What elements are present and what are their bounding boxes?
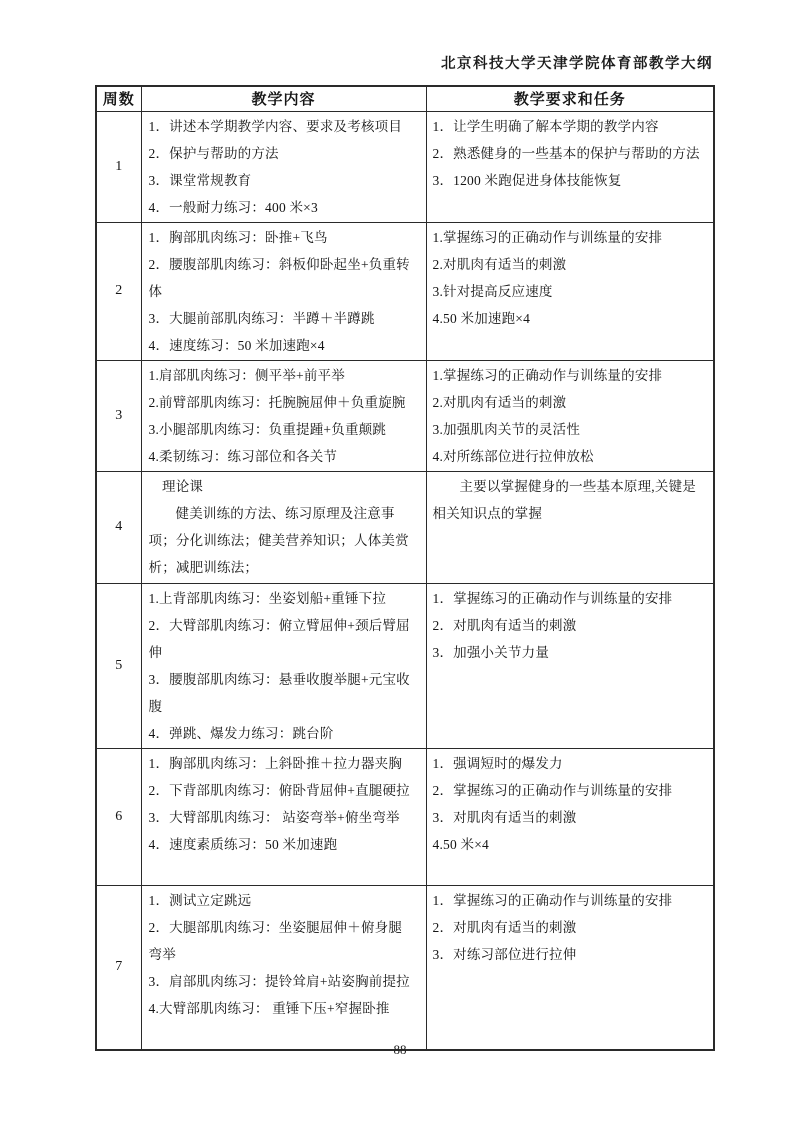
content-item: 健美训练的方法、练习原理及注意事项；分化训练法；健美营养知识；人体美赏析；减肥训…	[149, 500, 416, 581]
week-number: 7	[96, 885, 141, 1050]
week-number: 2	[96, 222, 141, 360]
content-item: 1．讲述本学期教学内容、要求及考核项目	[149, 113, 416, 140]
week-number: 3	[96, 360, 141, 471]
content-cell: 1．讲述本学期教学内容、要求及考核项目2．保护与帮助的方法3．课堂常规教育4．一…	[141, 111, 426, 222]
content-item: 3．大腿前部肌肉练习：半蹲＋半蹲跳	[149, 305, 416, 332]
requirement-item: 3．1200 米跑促进身体技能恢复	[433, 167, 708, 194]
content-item: 4．弹跳、爆发力练习：跳台阶	[149, 720, 416, 747]
req-cell: 1．强调短时的爆发力2．掌握练习的正确动作与训练量的安排3．对肌肉有适当的刺激4…	[426, 748, 714, 885]
requirement-item: 3．对练习部位进行拉伸	[433, 941, 708, 968]
content-item: 2.前臂部肌肉练习：托腕腕屈伸＋负重旋腕	[149, 389, 416, 416]
table-row: 51.上背部肌肉练习：坐姿划船+重锤下拉2．大臂部肌肉练习：俯立臂屈伸+颈后臂屈…	[96, 583, 714, 748]
week-number: 6	[96, 748, 141, 885]
requirement-item: 1.掌握练习的正确动作与训练量的安排	[433, 362, 708, 389]
content-item: 2．腰腹部肌肉练习：斜板仰卧起坐+负重转体	[149, 251, 416, 305]
content-item: 1．胸部肌肉练习：卧推+飞鸟	[149, 224, 416, 251]
syllabus-table: 周数 教学内容 教学要求和任务 11．讲述本学期教学内容、要求及考核项目2．保护…	[95, 85, 715, 1051]
content-item: 2．大臂部肌肉练习：俯立臂屈伸+颈后臂屈伸	[149, 612, 416, 666]
req-cell: 1.掌握练习的正确动作与训练量的安排2.对肌肉有适当的刺激3.加强肌肉关节的灵活…	[426, 360, 714, 471]
req-cell: 主要以掌握健身的一些基本原理,关键是相关知识点的掌握	[426, 471, 714, 583]
req-cell: 1.掌握练习的正确动作与训练量的安排2.对肌肉有适当的刺激3.针对提高反应速度4…	[426, 222, 714, 360]
table-header-row: 周数 教学内容 教学要求和任务	[96, 86, 714, 111]
requirement-item: 4.50 米×4	[433, 831, 708, 858]
content-item: 3．课堂常规教育	[149, 167, 416, 194]
requirement-item: 主要以掌握健身的一些基本原理,关键是相关知识点的掌握	[433, 473, 708, 527]
content-item: 2．下背部肌肉练习：俯卧背屈伸+直腿硬拉	[149, 777, 416, 804]
requirement-item: 4.50 米加速跑×4	[433, 305, 708, 332]
page-number: 88	[0, 1042, 800, 1058]
content-item: 理论课	[149, 473, 416, 500]
col-header-week: 周数	[96, 86, 141, 111]
content-cell: 1．胸部肌肉练习：上斜卧推＋拉力器夹胸2．下背部肌肉练习：俯卧背屈伸+直腿硬拉3…	[141, 748, 426, 885]
requirement-item: 2．对肌肉有适当的刺激	[433, 914, 708, 941]
col-header-requirements: 教学要求和任务	[426, 86, 714, 111]
table-row: 71．测试立定跳远2．大腿部肌肉练习：坐姿腿屈伸＋俯身腿弯举3．肩部肌肉练习：提…	[96, 885, 714, 1050]
table-row: 4理论课健美训练的方法、练习原理及注意事项；分化训练法；健美营养知识；人体美赏析…	[96, 471, 714, 583]
content-item: 1．测试立定跳远	[149, 887, 416, 914]
requirement-item: 1．掌握练习的正确动作与训练量的安排	[433, 887, 708, 914]
content-item: 4．速度练习：50 米加速跑×4	[149, 332, 416, 359]
content-item: 1.上背部肌肉练习：坐姿划船+重锤下拉	[149, 585, 416, 612]
requirement-item: 3．对肌肉有适当的刺激	[433, 804, 708, 831]
content-item: 4.柔韧练习：练习部位和各关节	[149, 443, 416, 470]
requirement-item: 1．让学生明确了解本学期的教学内容	[433, 113, 708, 140]
content-item: 4．速度素质练习：50 米加速跑	[149, 831, 416, 858]
req-cell: 1．掌握练习的正确动作与训练量的安排2．对肌肉有适当的刺激3．对练习部位进行拉伸	[426, 885, 714, 1050]
requirement-item: 3.针对提高反应速度	[433, 278, 708, 305]
content-item: 1.肩部肌肉练习：侧平举+前平举	[149, 362, 416, 389]
week-number: 4	[96, 471, 141, 583]
content-cell: 1.上背部肌肉练习：坐姿划船+重锤下拉2．大臂部肌肉练习：俯立臂屈伸+颈后臂屈伸…	[141, 583, 426, 748]
document-header-title: 北京科技大学天津学院体育部教学大纲	[441, 52, 713, 73]
content-item: 3．肩部肌肉练习：提铃耸肩+站姿胸前提拉	[149, 968, 416, 995]
content-cell: 1．胸部肌肉练习：卧推+飞鸟2．腰腹部肌肉练习：斜板仰卧起坐+负重转体3．大腿前…	[141, 222, 426, 360]
week-number: 1	[96, 111, 141, 222]
week-number: 5	[96, 583, 141, 748]
req-cell: 1．掌握练习的正确动作与训练量的安排2．对肌肉有适当的刺激3．加强小关节力量	[426, 583, 714, 748]
content-item: 3．大臂部肌肉练习： 站姿弯举+俯坐弯举	[149, 804, 416, 831]
content-item: 2．大腿部肌肉练习：坐姿腿屈伸＋俯身腿弯举	[149, 914, 416, 968]
content-cell: 1.肩部肌肉练习：侧平举+前平举2.前臂部肌肉练习：托腕腕屈伸＋负重旋腕3.小腿…	[141, 360, 426, 471]
table-row: 11．讲述本学期教学内容、要求及考核项目2．保护与帮助的方法3．课堂常规教育4．…	[96, 111, 714, 222]
table-row: 61．胸部肌肉练习：上斜卧推＋拉力器夹胸2．下背部肌肉练习：俯卧背屈伸+直腿硬拉…	[96, 748, 714, 885]
table-row: 21．胸部肌肉练习：卧推+飞鸟2．腰腹部肌肉练习：斜板仰卧起坐+负重转体3．大腿…	[96, 222, 714, 360]
content-item: 3．腰腹部肌肉练习：悬垂收腹举腿+元宝收腹	[149, 666, 416, 720]
requirement-item: 2．掌握练习的正确动作与训练量的安排	[433, 777, 708, 804]
requirement-item: 2．对肌肉有适当的刺激	[433, 612, 708, 639]
col-header-teaching-content: 教学内容	[141, 86, 426, 111]
requirement-item: 2.对肌肉有适当的刺激	[433, 389, 708, 416]
requirement-item: 1．强调短时的爆发力	[433, 750, 708, 777]
content-item: 3.小腿部肌肉练习：负重提踵+负重颠跳	[149, 416, 416, 443]
table-header: 周数 教学内容 教学要求和任务	[96, 86, 714, 111]
requirement-item: 3.加强肌肉关节的灵活性	[433, 416, 708, 443]
content-item: 4.大臂部肌肉练习： 重锤下压+窄握卧推	[149, 995, 416, 1022]
requirement-item: 2.对肌肉有适当的刺激	[433, 251, 708, 278]
content-item: 4．一般耐力练习：400 米×3	[149, 194, 416, 221]
content-item: 2．保护与帮助的方法	[149, 140, 416, 167]
requirement-item: 3．加强小关节力量	[433, 639, 708, 666]
requirement-item: 1．掌握练习的正确动作与训练量的安排	[433, 585, 708, 612]
requirement-item: 1.掌握练习的正确动作与训练量的安排	[433, 224, 708, 251]
content-item: 1．胸部肌肉练习：上斜卧推＋拉力器夹胸	[149, 750, 416, 777]
table-row: 31.肩部肌肉练习：侧平举+前平举2.前臂部肌肉练习：托腕腕屈伸＋负重旋腕3.小…	[96, 360, 714, 471]
req-cell: 1．让学生明确了解本学期的教学内容2．熟悉健身的一些基本的保护与帮助的方法3．1…	[426, 111, 714, 222]
requirement-item: 4.对所练部位进行拉伸放松	[433, 443, 708, 470]
requirement-item: 2．熟悉健身的一些基本的保护与帮助的方法	[433, 140, 708, 167]
content-cell: 理论课健美训练的方法、练习原理及注意事项；分化训练法；健美营养知识；人体美赏析；…	[141, 471, 426, 583]
content-cell: 1．测试立定跳远2．大腿部肌肉练习：坐姿腿屈伸＋俯身腿弯举3．肩部肌肉练习：提铃…	[141, 885, 426, 1050]
